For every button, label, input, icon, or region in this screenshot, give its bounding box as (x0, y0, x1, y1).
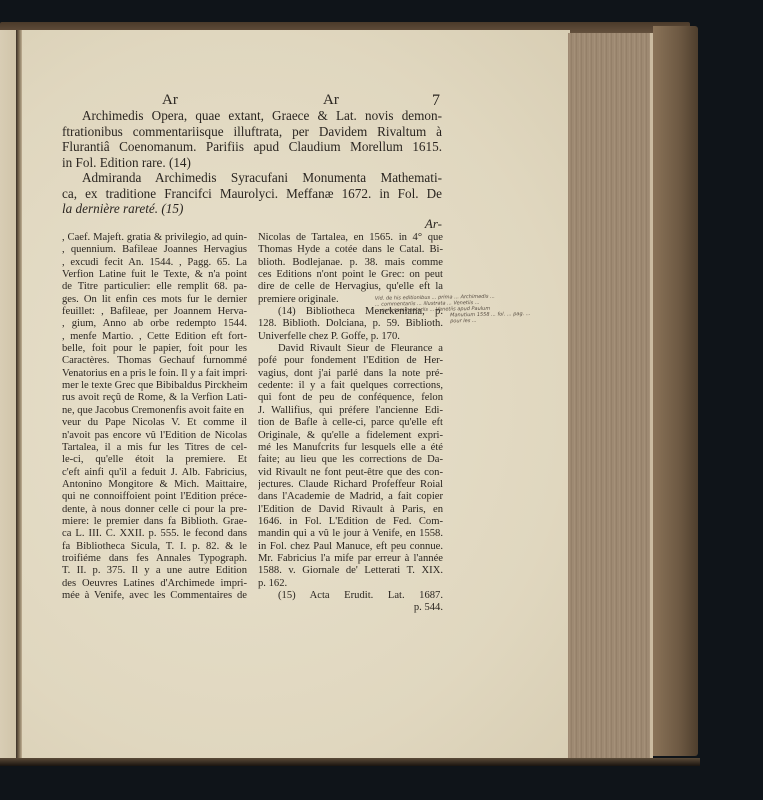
note-line: , quennium. Bafileae Joannes Hervagius (62, 244, 247, 256)
note-line: ne, que Jacobus Cremonenfis avoit faite … (62, 405, 247, 417)
note-line: tion de Bafle à celle-ci, parce qu'elle … (258, 417, 443, 429)
entry-line: ca, ex traditione Francifci Maurolyci. M… (62, 186, 442, 202)
note-line: qui ne connoiffoient point l'Edition pré… (62, 491, 247, 503)
note-line: n'avoit pas encore vû l'Edition de Nicol… (62, 430, 247, 442)
note-line: dente, à nous donner celle ci pour la pr… (62, 504, 247, 516)
note-line: 1588. v. Giornale de' Letterati T. XIX. (258, 565, 443, 577)
note-line: cedente: il y a fait quelques correction… (258, 380, 443, 392)
note-line: J. Wallifius, qui préfere l'ancienne Edi… (258, 405, 443, 417)
note-line: in Fol. chez Paul Manuce, eft peu connue… (258, 541, 443, 553)
note-line: p. 544. (258, 602, 443, 614)
note-line: Univerfelle chez P. Goffe, p. 170. (258, 331, 443, 343)
note-line: veur du Pape Nicolas V. Et comme il (62, 417, 247, 429)
note-line: vid Rivault ne font peut-être que des co… (258, 467, 443, 479)
note-line: dire de celle de Hervagius, qu'elle eft … (258, 281, 443, 293)
bibliography-entries: Archimedis Opera, quae extant, Graece & … (62, 108, 442, 217)
book-back-board (653, 26, 698, 756)
entry-line: in Fol. Edition rare. (14) (62, 155, 442, 171)
notes-left-column: , Caef. Majeft. gratia & privilegio, ad … (62, 232, 247, 602)
running-head-center: Ar (323, 92, 339, 109)
note-line: p. 162. (258, 578, 443, 590)
catchword: Ar- (400, 216, 442, 232)
note-line: miere: le premier dans fa Biblioth. Grae… (62, 516, 247, 528)
note-15: (15) Acta Erudit. Lat. 1687. (258, 590, 443, 602)
note-line: l'Edition de David Rivault à Paris, en (258, 504, 443, 516)
note-line: Venatorius en a pris le foin. Il y a fai… (62, 368, 247, 380)
entry-line: Flurantiâ Coenomanum. Parifiis apud Clau… (62, 139, 442, 155)
note-line: , excudi fecit An. 1544. , Pagg. 65. La (62, 257, 247, 269)
note-line: 1646. in Fol. L'Edition de Fed. Com- (258, 516, 443, 528)
note-line: ca L. III. C. XXII. p. 555. le fecond da… (62, 528, 247, 540)
note-line: rus avoit reçû de Rome, & la Verfion Lat… (62, 392, 247, 404)
page-fore-edge (568, 33, 653, 758)
note-line: ces Editions n'ont point le Grec: on peu… (258, 269, 443, 281)
note-line: dans l'Academie de Madrid, a fait copier (258, 491, 443, 503)
note-line: Verfion Latine fuit le Texte, & n'a poin… (62, 269, 247, 281)
note-line: pofé pour fondement l'Edition de Her- (258, 355, 443, 367)
note-line: mé les Manufcrits fur lesquels elle a ét… (258, 442, 443, 454)
note-line: T. II. p. 375. Il y a une autre Edition (62, 565, 247, 577)
note-line: , gium, Anno ab orbe redempto 1544. (62, 318, 247, 330)
note-rivault-start: David Rivault Sieur de Fleurance a (258, 343, 443, 355)
note-line: Caractères. Thomas Gechauf furnommé (62, 355, 247, 367)
note-line: fa Bibliotheca Sicula, T. I. p. 82. & le (62, 541, 247, 553)
note-line: Originale, & qu'elle a fidelement expri- (258, 430, 443, 442)
note-line: qui font de peu de conféquence, felon (258, 392, 443, 404)
note-line: c'eft ainfi qu'il a feduit J. Alb. Fabri… (62, 467, 247, 479)
note-line: Nicolas de Tartalea, en 1565. in 4° que (258, 232, 443, 244)
note-line: le-ci, qu'elle étoit la premiere. Et (62, 454, 247, 466)
entry-line: Admiranda Archimedis Syracufani Monument… (62, 170, 442, 186)
note-line: Antonino Mongitore & Mich. Maittaire, (62, 479, 247, 491)
entry-admiranda-archimedis: Admiranda Archimedis Syracufani Monument… (62, 170, 442, 217)
note-line: ges. On lit enfin ces mots fur le dernie… (62, 294, 247, 306)
note-line: jectures. Claude Richard Profeffeur Roia… (258, 479, 443, 491)
note-line: des Oeuvres Latines d'Archimede impri- (62, 578, 247, 590)
running-head-left: Ar (162, 92, 178, 109)
note-line: feuillet: , Bafileae, per Joannem Herva- (62, 306, 247, 318)
entry-archimedis-opera: Archimedis Opera, quae extant, Graece & … (62, 108, 442, 170)
handwritten-annotation: Vid. de his editionibus ... prima ... Ar… (375, 292, 575, 325)
note-line: Tartalea, il a mis fur les Titres de cel… (62, 442, 247, 454)
entry-line: ftrationibus commentariisque illuftrata,… (62, 124, 442, 140)
note-line: mée à Venife, avec les Commentaires de (62, 590, 247, 602)
note-line: Mr. Fabricius l'a mife par erreur à l'an… (258, 553, 443, 565)
book-bottom-shadow (0, 758, 700, 766)
note-line: belle, foit pour le papier, foit pour le… (62, 343, 247, 355)
note-line: Thomas Hyde a cotée dans le Catal. Bi- (258, 244, 443, 256)
note-line: vagius, dont j'ai parlé dans la note pré… (258, 368, 443, 380)
note-line: faite; au lieu que les corrections de Da… (258, 454, 443, 466)
entry-line: Archimedis Opera, quae extant, Graece & … (62, 108, 442, 124)
note-line: troifiéme dans fes Annales Typograph. (62, 553, 247, 565)
note-line: blioth. Bodlejanae. p. 38. mais comme (258, 257, 443, 269)
note-line: , menfe Martio. , Cette Edition eft fort… (62, 331, 247, 343)
note-line: mer le texte Grec que Bibibaldus Pirckhe… (62, 380, 247, 392)
note-line: , Caef. Majeft. gratia & privilegio, ad … (62, 232, 247, 244)
note-line: mandin qui a vû le jour à Venife, en 155… (258, 528, 443, 540)
entry-line: la dernière rareté. (15) (62, 201, 442, 217)
note-line: de Titre particulier: elle remplit 68. p… (62, 281, 247, 293)
notes-right-column: Nicolas de Tartalea, en 1565. in 4° que … (258, 232, 443, 615)
